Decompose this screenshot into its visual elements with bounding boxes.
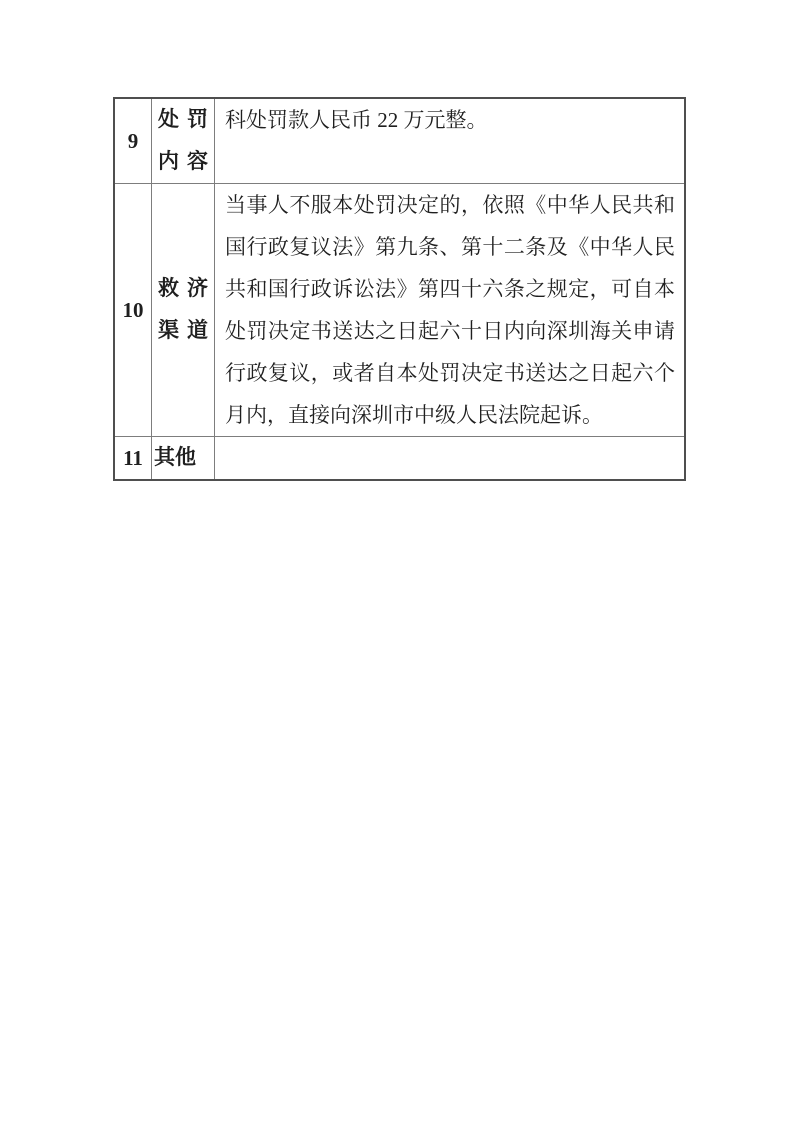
- penalty-decision-table: 9 处罚 内容 科处罚款人民币 22 万元整。 10 救济 渠道 当事人不服本处…: [113, 97, 686, 481]
- label-line: 救济: [152, 268, 214, 310]
- table-row: 11 其他: [114, 437, 685, 481]
- row-label: 救济 渠道: [152, 184, 215, 437]
- row-content: 科处罚款人民币 22 万元整。: [215, 98, 686, 184]
- label-line: 处罚: [152, 99, 214, 141]
- row-label: 其他: [152, 437, 215, 481]
- document-page: 9 处罚 内容 科处罚款人民币 22 万元整。 10 救济 渠道 当事人不服本处…: [0, 0, 800, 1131]
- table-row: 9 处罚 内容 科处罚款人民币 22 万元整。: [114, 98, 685, 184]
- row-label: 处罚 内容: [152, 98, 215, 184]
- row-number: 10: [114, 184, 152, 437]
- content-line: 共和国行政诉讼法》第四十六条之规定，可自本: [215, 268, 684, 310]
- row-content: [215, 437, 686, 481]
- content-line: 科处罚款人民币 22 万元整。: [215, 99, 684, 141]
- content-line: 处罚决定书送达之日起六十日内向深圳海关申请: [215, 310, 684, 352]
- row-content: 当事人不服本处罚决定的，依照《中华人民共和 国行政复议法》第九条、第十二条及《中…: [215, 184, 686, 437]
- label-line: 内容: [152, 141, 214, 183]
- table-row: 10 救济 渠道 当事人不服本处罚决定的，依照《中华人民共和 国行政复议法》第九…: [114, 184, 685, 437]
- content-line: 当事人不服本处罚决定的，依照《中华人民共和: [215, 184, 684, 226]
- label-line: 渠道: [152, 310, 214, 352]
- row-number: 9: [114, 98, 152, 184]
- content-line: 国行政复议法》第九条、第十二条及《中华人民: [215, 226, 684, 268]
- content-line: 行政复议，或者自本处罚决定书送达之日起六个: [215, 352, 684, 394]
- content-line: 月内，直接向深圳市中级人民法院起诉。: [215, 394, 684, 436]
- label-line: 其他: [152, 437, 214, 479]
- row-number: 11: [114, 437, 152, 481]
